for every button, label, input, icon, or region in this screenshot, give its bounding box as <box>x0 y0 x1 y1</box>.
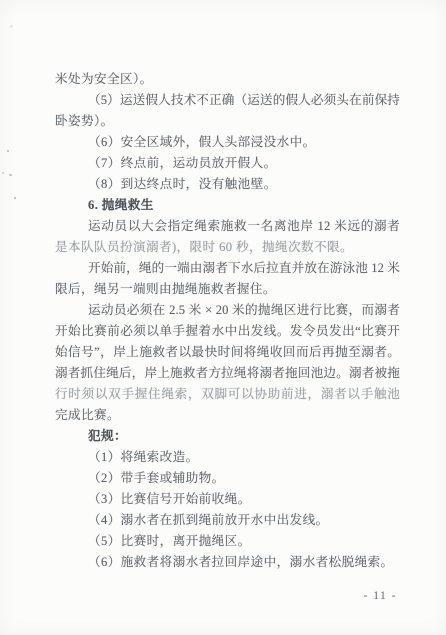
scan-speck <box>2 172 4 174</box>
text-line: 是本队队员扮演溺者)，限时 60 秒，抛绳次数不限。 <box>55 237 400 258</box>
text-line: 限后，绳另一端则由抛绳施救者握住。 <box>55 279 400 300</box>
document-page: 米处为安全区）。（5）运送假人技术不正确（运送的假人必须头在前保持仰卧姿势）。（… <box>0 0 446 635</box>
page-number: - 11 - <box>364 590 397 602</box>
text-line: （2）带手套或辅助物。 <box>55 468 400 489</box>
text-line: 始信号”，岸上施救者以最快时间将绳收回而后再抛至溺者。 <box>55 342 400 363</box>
text-line: 开始前，绳的一端由溺者下水后拉直并放在游泳池 12 米界 <box>55 258 400 279</box>
heading-line: 6. 抛绳救生 <box>55 195 400 216</box>
document-body: 米处为安全区）。（5）运送假人技术不正确（运送的假人必须头在前保持仰卧姿势）。（… <box>55 69 400 573</box>
text-line: （7）终点前，运动员放开假人。 <box>55 153 400 174</box>
text-line: （5）运送假人技术不正确（运送的假人必须头在前保持仰 <box>55 90 400 111</box>
text-line: （4）溺水者在抓到绳前放开水中出发线。 <box>55 510 400 531</box>
text-line: （6）施救者将溺水者拉回岸途中，溺水者松脱绳索。 <box>55 552 400 573</box>
text-line: 运动员必须在 2.5 米 × 20 米的抛绳区进行比赛，而溺者在 <box>55 300 400 321</box>
text-line: （6）安全区域外，假人头部浸没水中。 <box>55 132 400 153</box>
scan-speck <box>14 197 16 199</box>
text-line: 运动员以大会指定绳索施救一名离池岸 12 米远的溺者(须 <box>55 216 400 237</box>
text-line: 完成比赛。 <box>55 405 400 426</box>
text-line: 行时须以双手握住绳索，双脚可以协助前进，溺者以手触池壁， <box>55 384 400 405</box>
text-line: 溺者抓住绳后，岸上施救者方拉绳将溺者拖回池边。溺者被拖 <box>55 363 400 384</box>
text-line: （8）到达终点时，没有触池壁。 <box>55 174 400 195</box>
text-line: （5）比赛时，离开抛绳区。 <box>55 531 400 552</box>
text-line: （1）将绳索改造。 <box>55 447 400 468</box>
text-line: 卧姿势）。 <box>55 111 400 132</box>
scan-speck <box>10 25 13 28</box>
scan-speck <box>7 150 9 152</box>
heading-line: 犯规： <box>55 426 400 447</box>
scan-speck <box>9 174 12 176</box>
text-line: 米处为安全区）。 <box>55 69 400 90</box>
text-line: 开始比赛前必须以单手握着水中出发线。发令员发出“比赛开 <box>55 321 400 342</box>
text-line: （3）比赛信号开始前收绳。 <box>55 489 400 510</box>
